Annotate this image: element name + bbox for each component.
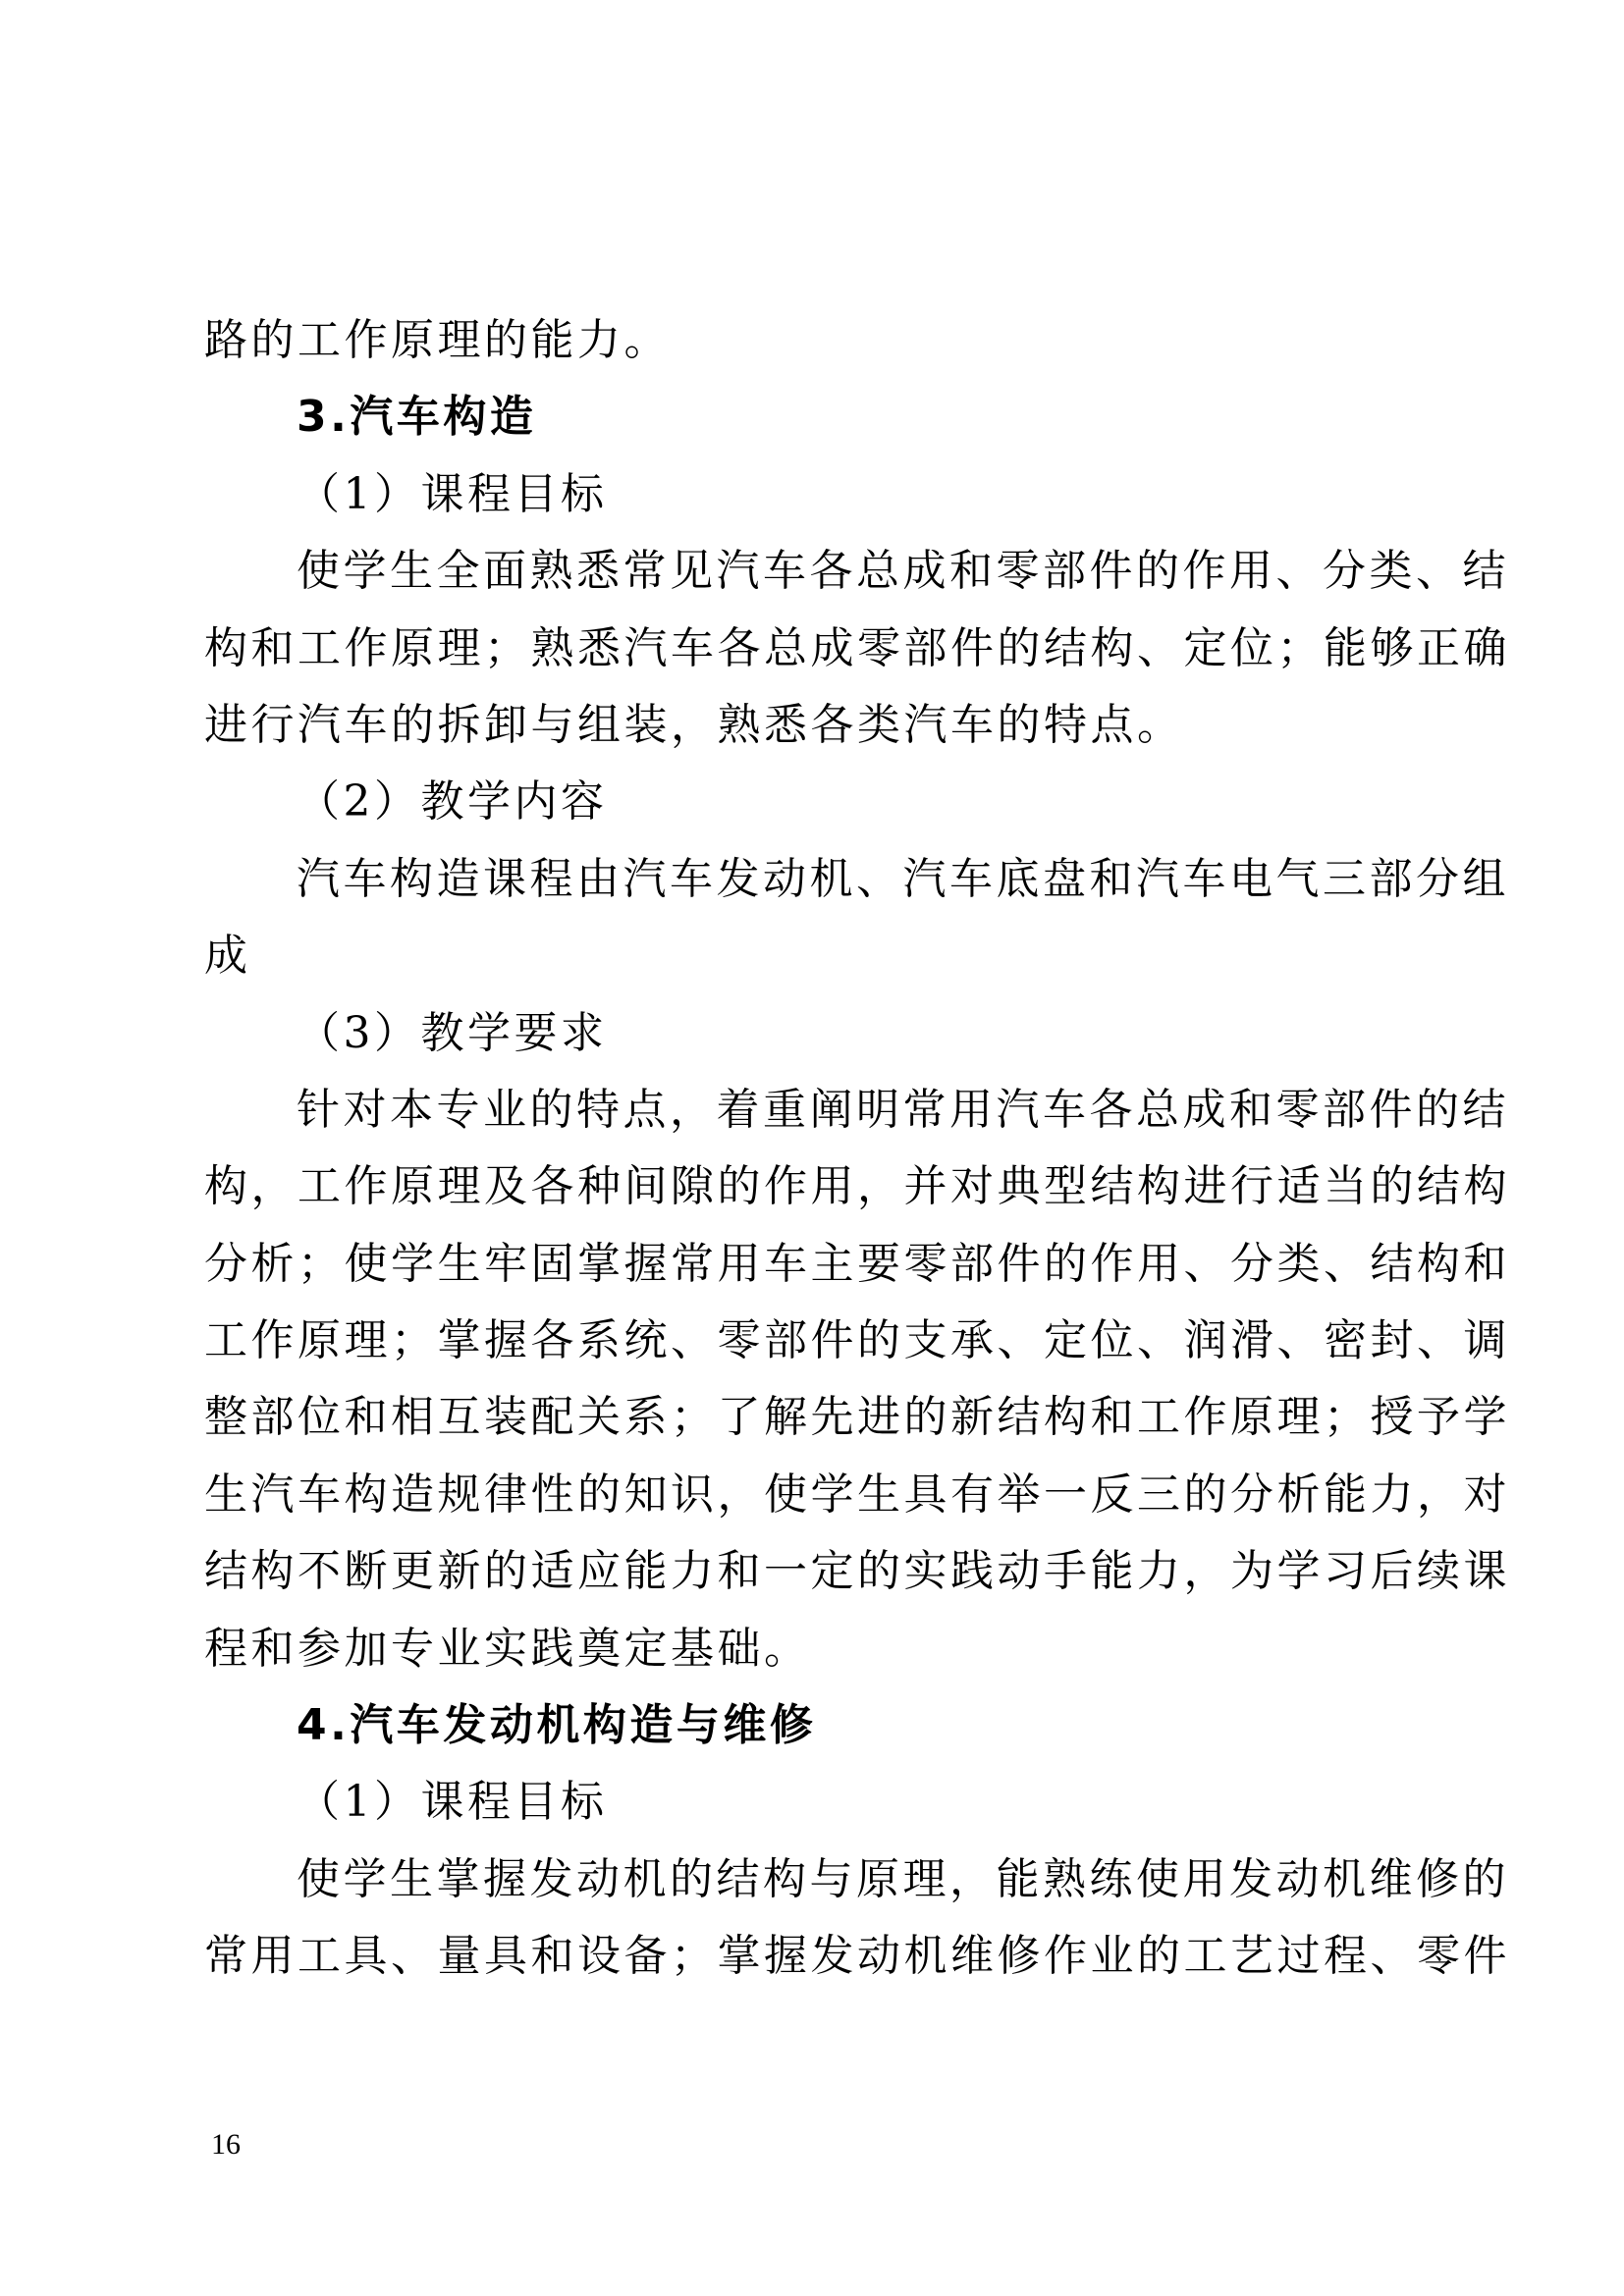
subheading-course-goal: （1）课程目标 <box>204 1764 1422 1841</box>
subheading-teaching-requirements: （3）教学要求 <box>204 995 1422 1072</box>
paragraph-line: 构，工作原理及各种间隙的作用，并对典型结构进行适当的结构 <box>204 1148 1422 1225</box>
section-heading-4: 4.汽车发动机构造与维修 <box>204 1687 1422 1764</box>
paragraph-line: 生汽车构造规律性的知识，使学生具有举一反三的分析能力，对 <box>204 1457 1422 1533</box>
paragraph-line: 结构不断更新的适应能力和一定的实践动手能力，为学习后续课 <box>204 1533 1422 1610</box>
section-heading-3: 3.汽车构造 <box>204 379 1422 455</box>
subheading-course-goal: （1）课程目标 <box>204 456 1422 533</box>
paragraph-line: 针对本专业的特点，着重阐明常用汽车各总成和零部件的结 <box>204 1072 1422 1148</box>
paragraph-line: 构和工作原理；熟悉汽车各总成零部件的结构、定位；能够正确 <box>204 611 1422 687</box>
page-number: 16 <box>211 2128 241 2162</box>
paragraph-line: 程和参加专业实践奠定基础。 <box>204 1611 1422 1687</box>
paragraph-line: 分析；使学生牢固掌握常用车主要零部件的作用、分类、结构和 <box>204 1226 1422 1303</box>
paragraph-line: 进行汽车的拆卸与组装，熟悉各类汽车的特点。 <box>204 687 1422 764</box>
paragraph-line: 常用工具、量具和设备；掌握发动机维修作业的工艺过程、零件 <box>204 1918 1422 1995</box>
paragraph-line: 工作原理；掌握各系统、零部件的支承、定位、润滑、密封、调 <box>204 1303 1422 1379</box>
paragraph-line: 使学生掌握发动机的结构与原理，能熟练使用发动机维修的 <box>204 1842 1422 1918</box>
document-body: 路的工作原理的能力。 3.汽车构造 （1）课程目标 使学生全面熟悉常见汽车各总成… <box>204 302 1422 1996</box>
subheading-teaching-content: （2）教学内容 <box>204 764 1422 840</box>
paragraph-line: 使学生全面熟悉常见汽车各总成和零部件的作用、分类、结 <box>204 533 1422 610</box>
paragraph-line: 成 <box>204 918 1422 994</box>
paragraph-line: 整部位和相互装配关系；了解先进的新结构和工作原理；授予学 <box>204 1379 1422 1456</box>
paragraph-line: 路的工作原理的能力。 <box>204 302 1422 379</box>
paragraph-line: 汽车构造课程由汽车发动机、汽车底盘和汽车电气三部分组 <box>204 841 1422 918</box>
